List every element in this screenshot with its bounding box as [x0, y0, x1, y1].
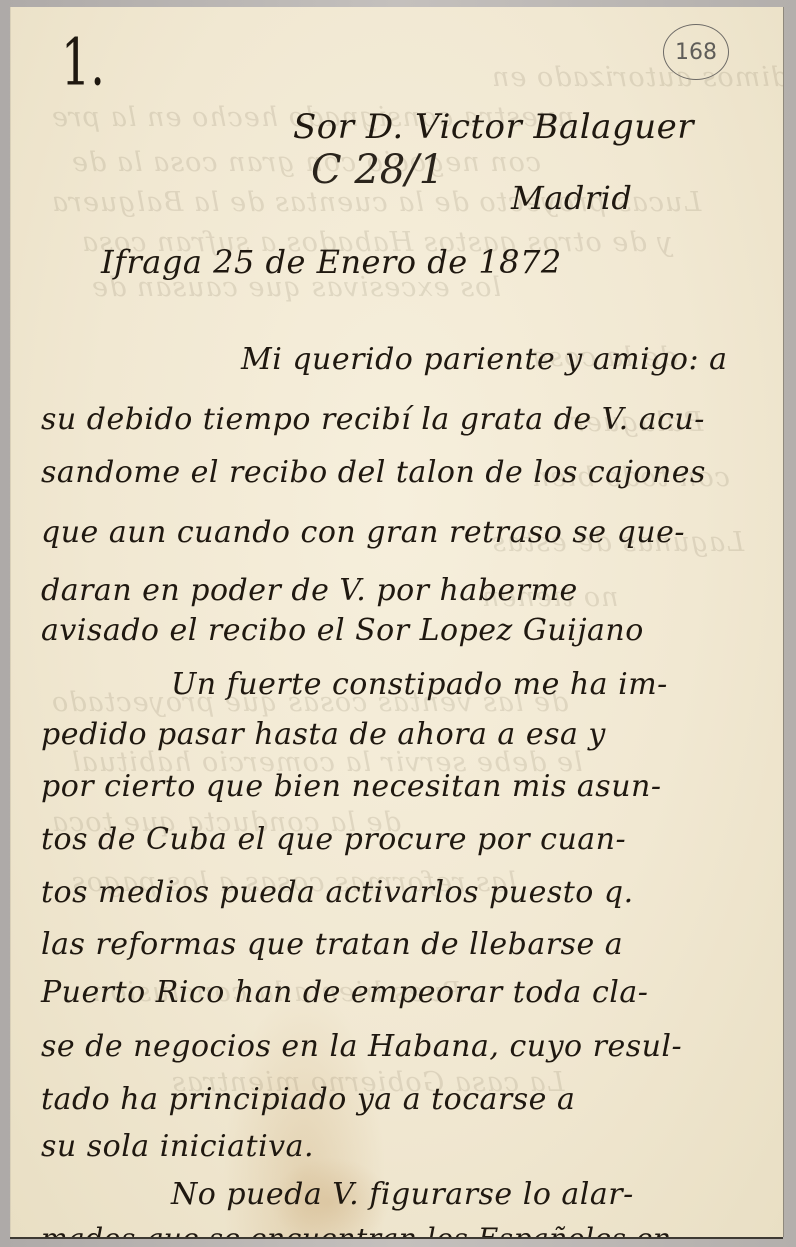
- body-line-3: sandome el recibo del talon de los cajon…: [41, 455, 706, 490]
- page-number-mark: 1.: [61, 24, 105, 100]
- body-line-8: pedido pasar hasta de ahora a esa y: [41, 717, 606, 752]
- body-line-14: se de negocios en la Habana, cuyo resul-: [41, 1029, 682, 1064]
- body-line-4: que aun cuando con gran retraso se que-: [41, 515, 685, 550]
- addressee-city: Madrid: [511, 179, 632, 217]
- body-line-9: por cierto que bien necesitan mis asun-: [41, 769, 661, 804]
- body-line-1: Mi querido pariente y amigo: a: [241, 342, 728, 377]
- place-date-line: Ifraga 25 de Enero de 1872: [101, 243, 562, 281]
- body-line-10: tos de Cuba el que procure por cuan-: [41, 822, 626, 857]
- body-line-11: tos medios pueda activarlos puesto q.: [41, 875, 634, 910]
- body-line-2: su debido tiempo recibí la grata de V. a…: [41, 402, 705, 437]
- scanned-document: Carta a la que te dimos autorizado en nu…: [0, 0, 796, 1247]
- body-line-15: tado ha principiado ya a tocarse a: [41, 1082, 575, 1117]
- body-line-6: avisado el recibo el Sor Lopez Guijano: [41, 613, 644, 648]
- folio-number: 168: [675, 40, 717, 65]
- body-line-17: No pueda V. figurarse lo alar-: [171, 1177, 634, 1212]
- archive-annotation: C 28/1: [311, 147, 444, 193]
- body-line-5: daran en poder de V. por haberme: [41, 573, 578, 608]
- body-line-12: las reformas que tratan de llebarse a: [41, 927, 623, 962]
- body-line-16: su sola iniciativa.: [41, 1129, 314, 1164]
- addressee-line: Sor D. Victor Balaguer: [293, 107, 694, 147]
- folio-stamp: 168: [663, 24, 729, 80]
- letter-page: Carta a la que te dimos autorizado en nu…: [10, 7, 783, 1237]
- body-line-13: Puerto Rico han de empeorar toda cla-: [41, 975, 648, 1010]
- body-line-7: Un fuerte constipado me ha im-: [171, 667, 668, 702]
- body-line-18: mados que se encuentran los Españoles en: [41, 1222, 672, 1237]
